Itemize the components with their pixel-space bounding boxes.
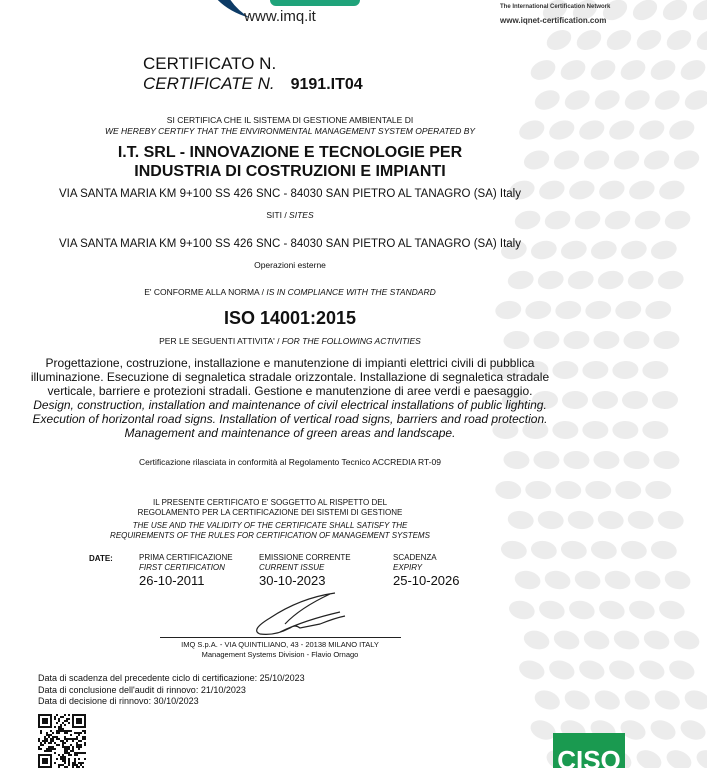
compliance-label-it: E' CONFORME ALLA NORMA / [144, 287, 266, 297]
activities-text: Progettazione, costruzione, installazion… [20, 356, 560, 440]
qr-code[interactable] [38, 714, 86, 768]
rules-it-line2: REGOLAMENTO PER LA CERTIFICAZIONE DEI SI… [60, 508, 480, 518]
statement-it: SI CERTIFICA CHE IL SISTEMA DI GESTIONE … [40, 115, 540, 126]
date-col-label-en: EXPIRY [393, 563, 460, 573]
issuer-address: IMQ S.p.A. - VIA QUINTILIANO, 43 - 20138… [130, 640, 430, 650]
iqnet-tagline: The International Certification Network [500, 4, 640, 10]
date-first-certification: PRIMA CERTIFICAZIONE FIRST CERTIFICATION… [139, 553, 233, 588]
sites-label-it: SITI / [266, 210, 289, 220]
certificate-label-it: CERTIFICATO N. [143, 54, 363, 74]
statement: SI CERTIFICA CHE IL SISTEMA DI GESTIONE … [40, 115, 540, 137]
imq-url[interactable]: www.imq.it [200, 8, 360, 25]
signature-line [160, 637, 401, 638]
note-line: Data di conclusione dell'audit di rinnov… [38, 685, 305, 697]
activity-en-line: Design, construction, installation and m… [20, 398, 560, 412]
company-name: I.T. SRL - INNOVAZIONE E TECNOLOGIE PER … [40, 143, 540, 181]
rules-en-line2: REQUIREMENTS OF THE RULES FOR CERTIFICAT… [60, 531, 480, 541]
activities-label-en: FOR THE FOLLOWING ACTIVITIES [282, 336, 421, 346]
company-name-line1: I.T. SRL - INNOVAZIONE E TECNOLOGIE PER [40, 143, 540, 162]
activity-it-line: Progettazione, costruzione, installazion… [20, 356, 560, 370]
rules-block: IL PRESENTE CERTIFICATO E' SOGGETTO AL R… [60, 498, 480, 541]
certificate-number-block: CERTIFICATO N. CERTIFICATE N.9191.IT04 [143, 54, 363, 95]
activity-it-line: illuminazione. Esecuzione di segnaletica… [20, 370, 560, 384]
date-value: 26-10-2011 [139, 573, 233, 588]
activities-label-it: PER LE SEGUENTI ATTIVITA' / [159, 336, 282, 346]
date-col-label-en: CURRENT ISSUE [259, 563, 351, 573]
sites-label-en: SITES [289, 210, 314, 220]
rules-en-line1: THE USE AND THE VALIDITY OF THE CERTIFIC… [60, 521, 480, 531]
activity-it-line: verticale, barriere e protezioni stradal… [20, 384, 560, 398]
accreditation-note: Certificazione rilasciata in conformità … [40, 457, 540, 468]
site-note: Operazioni esterne [40, 260, 540, 271]
date-expiry: SCADENZA EXPIRY 25-10-2026 [393, 553, 460, 588]
date-label: DATE: [89, 554, 113, 563]
note-line: Data di decisione di rinnovo: 30/10/2023 [38, 696, 305, 708]
imq-logo-green-bar [270, 0, 360, 6]
issuer-block: IMQ S.p.A. - VIA QUINTILIANO, 43 - 20138… [130, 640, 430, 659]
certificate-number: 9191.IT04 [291, 76, 363, 93]
iqnet-url[interactable]: www.iqnet-certification.com [500, 16, 660, 25]
company-name-line2: INDUSTRIA DI COSTRUZIONI E IMPIANTI [40, 162, 540, 181]
activity-en-line: Execution of horizontal road signs. Inst… [20, 412, 560, 426]
statement-en: WE HEREBY CERTIFY THAT THE ENVIRONMENTAL… [40, 126, 540, 137]
renewal-notes: Data di scadenza del precedente ciclo di… [38, 673, 305, 708]
date-col-label-it: SCADENZA [393, 553, 460, 563]
activity-en-line: Management and maintenance of green area… [20, 426, 560, 440]
date-value: 30-10-2023 [259, 573, 351, 588]
date-col-label-it: EMISSIONE CORRENTE [259, 553, 351, 563]
note-line: Data di scadenza del precedente ciclo di… [38, 673, 305, 685]
certificate-label-en: CERTIFICATE N. [143, 74, 275, 93]
sites-label: SITI / SITES [40, 210, 540, 221]
rules-it-line1: IL PRESENTE CERTIFICATO E' SOGGETTO AL R… [60, 498, 480, 508]
company-address: VIA SANTA MARIA KM 9+100 SS 426 SNC - 84… [30, 188, 550, 200]
cisq-badge: CISQ [553, 733, 625, 768]
date-value: 25-10-2026 [393, 573, 460, 588]
signature [240, 588, 350, 638]
date-current-issue: EMISSIONE CORRENTE CURRENT ISSUE 30-10-2… [259, 553, 351, 588]
date-col-label-en: FIRST CERTIFICATION [139, 563, 233, 573]
activities-label: PER LE SEGUENTI ATTIVITA' / FOR THE FOLL… [40, 336, 540, 347]
date-col-label-it: PRIMA CERTIFICAZIONE [139, 553, 233, 563]
site-address: VIA SANTA MARIA KM 9+100 SS 426 SNC - 84… [30, 238, 550, 250]
compliance-label: E' CONFORME ALLA NORMA / IS IN COMPLIANC… [40, 287, 540, 298]
compliance-label-en: IS IN COMPLIANCE WITH THE STANDARD [266, 287, 435, 297]
standard-name: ISO 14001:2015 [40, 308, 540, 329]
issuer-division: Management Systems Division - Flavio Orn… [130, 650, 430, 660]
